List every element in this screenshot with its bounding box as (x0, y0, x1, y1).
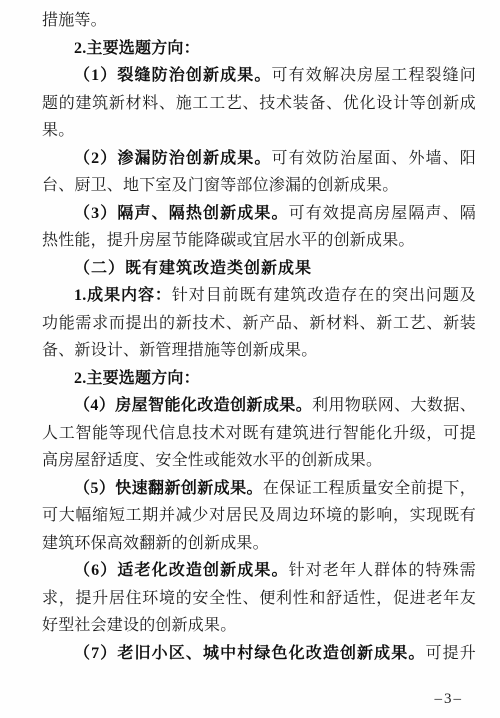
text-run: 针对老年人群体的特殊需 (289, 562, 476, 579)
text-line: 好型社会建设的创新成果。 (42, 612, 476, 640)
bold-text-run: （6）适老化改造创新成果。 (74, 562, 289, 579)
text-line: 措施等。 (42, 7, 476, 35)
text-line: 可大幅缩短工期并减少对居民及周边环境的影响，实现既有 (42, 502, 476, 530)
text-line: （5）快速翻新创新成果。在保证工程质量安全前提下， (42, 475, 476, 503)
text-run: 利用物联网、大数据、 (312, 397, 476, 414)
text-run: 人工智能等现代信息技术对既有建筑进行智能化升级，可提 (42, 425, 476, 442)
text-line: 台、厨卫、地下室及门窗等部位渗漏的创新成果。 (42, 172, 476, 200)
text-run: 题的建筑新材料、施工工艺、技术装备、优化设计等创新成 (42, 95, 476, 112)
document-body: 措施等。2.主要选题方向：（1）裂缝防治创新成果。可有效解决房屋工程裂缝问题的建… (42, 7, 476, 667)
text-line: （2）渗漏防治创新成果。可有效防治屋面、外墙、阳 (42, 145, 476, 173)
text-line: （二）既有建筑改造类创新成果 (42, 255, 476, 283)
text-line: 2.主要选题方向： (42, 35, 476, 63)
text-run: 可大幅缩短工期并减少对居民及周边环境的影响，实现既有 (42, 507, 476, 524)
bold-text-run: （3）隔声、隔热创新成果。 (74, 205, 289, 222)
text-line: 备、新设计、新管理措施等创新成果。 (42, 337, 476, 365)
text-run: 可有效解决房屋工程裂缝问 (271, 67, 476, 84)
text-run: 好型社会建设的创新成果。 (42, 617, 236, 634)
bold-text-run: 2.主要选题方向： (74, 370, 200, 387)
text-run: 针对目前既有建筑改造存在的突出问题及 (172, 287, 476, 304)
document-page: 措施等。2.主要选题方向：（1）裂缝防治创新成果。可有效解决房屋工程裂缝问题的建… (0, 0, 500, 718)
text-line: （4）房屋智能化改造创新成果。利用物联网、大数据、 (42, 392, 476, 420)
text-line: 果。 (42, 117, 476, 145)
text-run: 可有效防治屋面、外墙、阳 (271, 150, 476, 167)
text-line: 高房屋舒适度、安全性或能效水平的创新成果。 (42, 447, 476, 475)
text-line: 1.成果内容：针对目前既有建筑改造存在的突出问题及 (42, 282, 476, 310)
text-run: 热性能，提升房屋节能降碳或宜居水平的创新成果。 (42, 232, 415, 249)
bold-text-run: （1）裂缝防治创新成果。 (74, 67, 271, 84)
bold-text-run: 2.主要选题方向： (74, 40, 200, 57)
text-run: 台、厨卫、地下室及门窗等部位渗漏的创新成果。 (42, 177, 398, 194)
bold-text-run: （2）渗漏防治创新成果。 (74, 150, 271, 167)
text-run: 建筑环保高效翻新的创新成果。 (42, 535, 269, 552)
text-line: 建筑环保高效翻新的创新成果。 (42, 530, 476, 558)
text-line: 求，提升居住环境的安全性、便利性和舒适性，促进老年友 (42, 585, 476, 613)
text-line: （7）老旧小区、城中村绿色化改造创新成果。可提升 (42, 640, 476, 668)
text-line: 2.主要选题方向： (42, 365, 476, 393)
text-line: 热性能，提升房屋节能降碳或宜居水平的创新成果。 (42, 227, 476, 255)
text-line: （1）裂缝防治创新成果。可有效解决房屋工程裂缝问 (42, 62, 476, 90)
text-run: 在保证工程质量安全前提下， (263, 480, 476, 497)
text-run: 备、新设计、新管理措施等创新成果。 (42, 342, 317, 359)
text-line: （6）适老化改造创新成果。针对老年人群体的特殊需 (42, 557, 476, 585)
text-run: 可提升 (426, 645, 476, 662)
text-run: 措施等。 (42, 12, 107, 29)
page-number: –3– (435, 691, 464, 708)
text-line: 功能需求而提出的新技术、新产品、新材料、新工艺、新装 (42, 310, 476, 338)
text-run: 功能需求而提出的新技术、新产品、新材料、新工艺、新装 (42, 315, 476, 332)
bold-text-run: 1.成果内容： (74, 287, 172, 304)
bold-text-run: （7）老旧小区、城中村绿色化改造创新成果。 (74, 645, 426, 662)
text-run: 可有效提高房屋隔声、隔 (289, 205, 476, 222)
bold-text-run: （二）既有建筑改造类创新成果 (74, 260, 312, 277)
text-run: 高房屋舒适度、安全性或能效水平的创新成果。 (42, 452, 382, 469)
text-run: 求，提升居住环境的安全性、便利性和舒适性，促进老年友 (42, 590, 476, 607)
text-line: 题的建筑新材料、施工工艺、技术装备、优化设计等创新成 (42, 90, 476, 118)
bold-text-run: （5）快速翻新创新成果。 (74, 480, 263, 497)
text-run: 果。 (42, 122, 74, 139)
text-line: 人工智能等现代信息技术对既有建筑进行智能化升级，可提 (42, 420, 476, 448)
text-line: （3）隔声、隔热创新成果。可有效提高房屋隔声、隔 (42, 200, 476, 228)
bold-text-run: （4）房屋智能化改造创新成果。 (74, 397, 312, 414)
